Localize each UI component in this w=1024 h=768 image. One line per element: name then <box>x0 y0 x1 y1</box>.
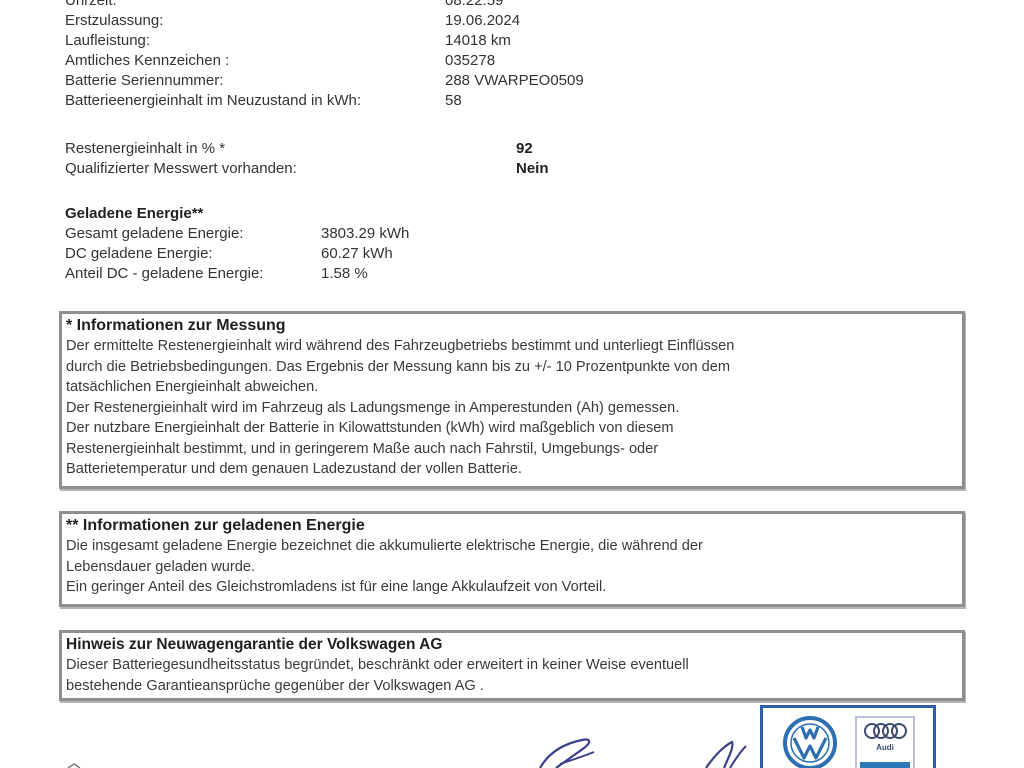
box-line: Ein geringer Anteil des Gleichstromladen… <box>66 577 958 598</box>
vehicle-info-section: Uhrzeit: 08:22:59 Erstzulassung: 19.06.2… <box>65 0 765 111</box>
vehicle-info-row: Batterieenergieinhalt im Neuzustand in k… <box>65 91 765 111</box>
charged-energy-row: Gesamt geladene Energie: 3803.29 kWh <box>65 224 765 244</box>
remaining-energy-row: Restenergieinhalt in % * 92 <box>65 139 765 159</box>
audi-rings-icon <box>863 722 909 740</box>
vehicle-info-row: Batterie Seriennummer: 288 VWARPEO0509 <box>65 71 765 91</box>
qualified-measurement-row: Qualifizierter Messwert vorhanden: Nein <box>65 159 765 179</box>
field-value: 3803.29 kWh <box>321 224 409 244</box>
measurement-info-box: * Informationen zur Messung Der ermittel… <box>59 311 965 489</box>
box-line: Der Restenergieinhalt wird im Fahrzeug a… <box>66 398 958 419</box>
audi-label: Audi <box>857 743 913 752</box>
field-value: 14018 km <box>445 31 511 51</box>
field-label: Erstzulassung: <box>65 11 163 31</box>
field-label: Gesamt geladene Energie: <box>65 224 243 244</box>
scan-mark <box>66 760 84 768</box>
box-line: tatsächlichen Energieinhalt abweichen. <box>66 377 958 398</box>
box-line: durch die Betriebsbedingungen. Das Ergeb… <box>66 357 958 378</box>
field-value: 92 <box>516 139 533 159</box>
field-value: 60.27 kWh <box>321 244 393 264</box>
section-title: Geladene Energie** <box>65 204 765 224</box>
field-value: 58 <box>445 91 462 111</box>
battery-health-certificate: Uhrzeit: 08:22:59 Erstzulassung: 19.06.2… <box>0 0 1024 768</box>
audi-color-bar <box>860 762 910 768</box>
box-line: Restenergieinhalt bestimmt, und in gerin… <box>66 439 958 460</box>
box-line: Batterietemperatur und dem genauen Ladez… <box>66 459 958 480</box>
box-heading: ** Informationen zur geladenen Energie <box>66 516 958 536</box>
field-label: Amtliches Kennzeichen : <box>65 51 229 71</box>
field-label: Qualifizierter Messwert vorhanden: <box>65 159 297 179</box>
field-value: 288 VWARPEO0509 <box>445 71 584 91</box>
field-label: Restenergieinhalt in % * <box>65 139 225 159</box>
charged-energy-section: Geladene Energie** Gesamt geladene Energ… <box>65 204 765 284</box>
box-line: Der ermittelte Restenergieinhalt wird wä… <box>66 336 958 357</box>
vw-logo-icon <box>783 716 837 768</box>
field-label: Batterie Seriennummer: <box>65 71 223 91</box>
box-line: Der nutzbare Energieinhalt der Batterie … <box>66 418 958 439</box>
vehicle-info-row: Laufleistung: 14018 km <box>65 31 765 51</box>
box-heading: Hinweis zur Neuwagengarantie der Volkswa… <box>66 635 958 655</box>
box-line: Die insgesamt geladene Energie bezeichne… <box>66 536 958 557</box>
charged-energy-row: Anteil DC - geladene Energie: 1.58 % <box>65 264 765 284</box>
warranty-notice-box: Hinweis zur Neuwagengarantie der Volkswa… <box>59 630 965 701</box>
field-label: DC geladene Energie: <box>65 244 213 264</box>
dealer-stamp: Audi <box>760 705 936 768</box>
charged-energy-info-box: ** Informationen zur geladenen Energie D… <box>59 511 965 607</box>
field-value: 035278 <box>445 51 495 71</box>
field-label: Anteil DC - geladene Energie: <box>65 264 263 284</box>
box-heading: * Informationen zur Messung <box>66 316 958 336</box>
charged-energy-row: DC geladene Energie: 60.27 kWh <box>65 244 765 264</box>
box-line: bestehende Garantieansprüche gegenüber d… <box>66 676 958 697</box>
measurement-section: Restenergieinhalt in % * 92 Qualifiziert… <box>65 139 765 179</box>
field-value: Nein <box>516 159 549 179</box>
field-label: Batterieenergieinhalt im Neuzustand in k… <box>65 91 361 111</box>
box-line: Lebensdauer geladen wurde. <box>66 557 958 578</box>
field-value: 08:22:59 <box>445 0 503 11</box>
field-label: Laufleistung: <box>65 31 150 51</box>
vehicle-info-row: Uhrzeit: 08:22:59 <box>65 0 765 11</box>
vehicle-info-row: Erstzulassung: 19.06.2024 <box>65 11 765 31</box>
field-value: 19.06.2024 <box>445 11 520 31</box>
field-value: 1.58 % <box>321 264 368 284</box>
signature <box>520 728 760 768</box>
audi-logo: Audi <box>855 716 915 768</box>
box-line: Dieser Batteriegesundheitsstatus begründ… <box>66 655 958 676</box>
field-label: Uhrzeit: <box>65 0 117 11</box>
vehicle-info-row: Amtliches Kennzeichen : 035278 <box>65 51 765 71</box>
